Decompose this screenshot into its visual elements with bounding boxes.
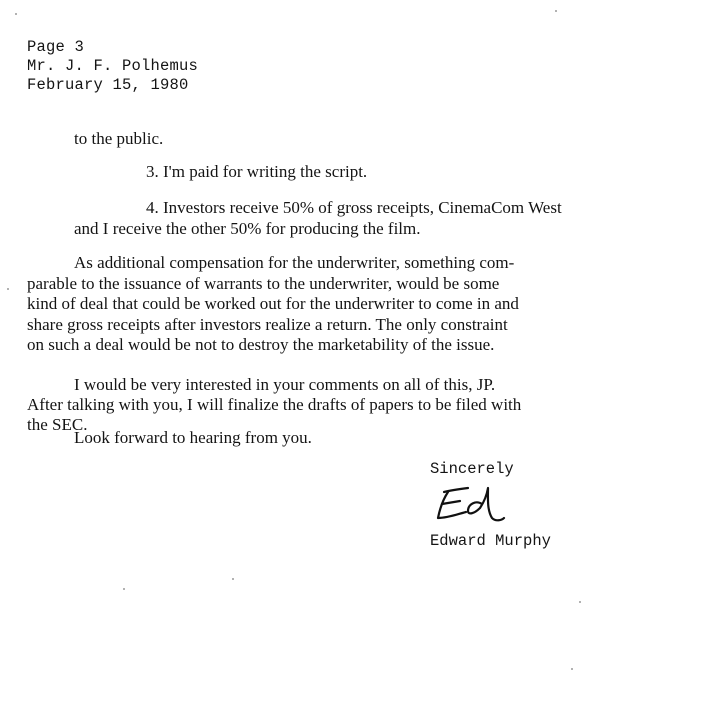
valediction: Sincerely	[430, 460, 514, 479]
letter-header: Page 3 Mr. J. F. Polhemus February 15, 1…	[27, 38, 198, 95]
compensation-paragraph: As additional compensation for the under…	[27, 252, 519, 355]
signer-name: Edward Murphy	[430, 532, 551, 551]
letter-date: February 15, 1980	[27, 76, 198, 95]
paragraph-line: As additional compensation for the under…	[27, 252, 519, 273]
paper-speck	[579, 601, 581, 603]
paper-speck	[7, 288, 9, 290]
paper-speck	[555, 10, 557, 12]
paper-speck	[571, 668, 573, 670]
paragraph-line: parable to the issuance of warrants to t…	[27, 273, 519, 294]
paper-speck	[232, 578, 234, 580]
continuation-text: to the public.	[74, 128, 163, 149]
comments-paragraph: I would be very interested in your comme…	[27, 374, 521, 434]
paragraph-line: I would be very interested in your comme…	[27, 374, 521, 394]
list-item-4-line1: 4. Investors receive 50% of gross receip…	[146, 197, 562, 218]
paper-speck	[123, 588, 125, 590]
list-item-3: 3. I'm paid for writing the script.	[146, 161, 367, 182]
closing-sentence: Look forward to hearing from you.	[74, 427, 312, 448]
page-number: Page 3	[27, 38, 198, 57]
signature-icon	[434, 484, 506, 526]
paragraph-line: kind of deal that could be worked out fo…	[27, 293, 519, 314]
paragraph-line: on such a deal would be not to destroy t…	[27, 334, 519, 355]
list-item-4-line2: and I receive the other 50% for producin…	[74, 218, 420, 239]
recipient-name: Mr. J. F. Polhemus	[27, 57, 198, 76]
paper-speck	[15, 13, 17, 15]
paragraph-line: share gross receipts after investors rea…	[27, 314, 519, 335]
paragraph-line: After talking with you, I will finalize …	[27, 394, 521, 414]
